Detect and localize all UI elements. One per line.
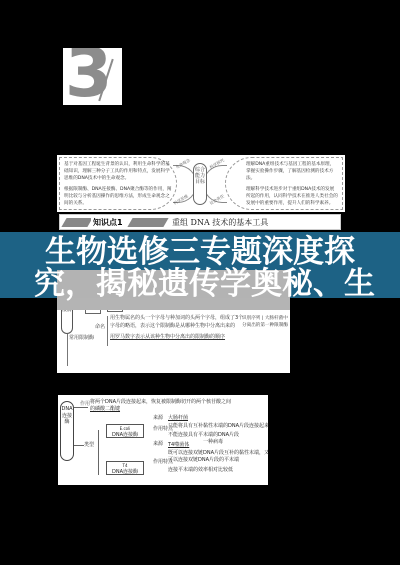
goal-paragraph: 理解DNA重组技术与基因工程的基本原理，掌握实验操作步骤，了解基因检测的技术方法… [246, 161, 338, 182]
function-tag: 作用 [80, 401, 90, 408]
goal-paragraph: 基于对基因工程诞生背景的认识，利用生命科学的基础知识，理解三种分子工具的作用和特… [64, 161, 172, 182]
naming-rule: 用罗马数字表示从该种生物中分离出的限制酶的顺序 [110, 334, 225, 341]
goals-mind-map: 基于对基因工程诞生背景的认识，利用生命科学的基础知识，理解三种分子工具的作用和特… [57, 155, 345, 212]
source-note: 一种病毒 [203, 439, 223, 446]
naming-rule: 用生物属名的头一个字母与种加词的头两个字母，组成了3个 [110, 315, 243, 322]
enzyme-name: DNA连接酶 [107, 469, 143, 475]
t4-ligase-node: T4 DNA连接酶 [106, 461, 144, 475]
side-note: 识别序列 | 大肠杆菌中分离出的第一种限制酶 [242, 315, 288, 329]
stripe-decoration [61, 218, 92, 227]
stripe-decoration [127, 218, 168, 227]
ecoli-ligase-node: E.coli DNA连接酶 [106, 424, 144, 438]
knowledge-point-label: 知识点1 [91, 217, 125, 228]
enzyme-name: DNA连接酶 [107, 432, 143, 438]
source-tag: 来源 [153, 441, 163, 448]
knowledge-point-header: 知识点1 重组 DNA 技术的基本工具 [59, 214, 341, 230]
connector-line [74, 445, 84, 446]
goals-right-box: 理解DNA重组技术与基因工程的基本原理，掌握实验操作步骤，了解基因检测的技术方法… [225, 157, 343, 210]
goals-left-box: 基于对基因工程诞生背景的认识，利用生命科学的基础知识，理解三种分子工具的作用和特… [59, 157, 177, 210]
title-banner: 生物选修三专题深度探 究，揭秘遗传学奥秘、生 [0, 232, 400, 298]
title-line-2: 究，揭秘遗传学奥秘、生 [0, 266, 400, 302]
goal-paragraph: 根据限制酶、DNA连接酶、DNA聚合酶等的作用，阐明比较与分析基因操作的思维方法… [64, 186, 172, 207]
function-text: 将两个DNA片段连接起来，恢复被限制酶切开的两个核苷酸之间 [90, 399, 231, 406]
bracket-line [107, 316, 108, 346]
connector-line [67, 334, 68, 366]
function-text: 的磷酸二酯键 [90, 406, 120, 413]
common-enzyme-label: 常用限制酶 [69, 335, 94, 342]
source-text: 大肠杆菌 [168, 415, 188, 422]
dna-ligase-map: DNA连接酶 作用 将两个DNA片段连接起来，恢复被限制酶切开的两个核苷酸之间 … [58, 395, 268, 485]
knowledge-point-title: 重组 DNA 技术的基本工具 [172, 217, 268, 228]
feature-text: 可以连接双链DNA片段的平末端 [168, 457, 239, 464]
feature-text: 连接平末端的效率相对比较低 [168, 467, 233, 474]
dna-ligase-node: DNA连接酶 [60, 401, 74, 461]
feature-text: 只能将具有互补黏性末端的DNA片段连接起来 [168, 423, 269, 430]
feature-text: 不能连接具有平末端的DNA片段 [168, 432, 239, 439]
type-tag: 类型 [84, 442, 94, 449]
naming-rule: 字母的略语，表示这个限制酶是从哪种生物中分离出来的 [110, 323, 235, 330]
goals-center-node: 综合能力目标 [193, 163, 207, 205]
article-title[interactable]: 生物选修三专题深度探 究，揭秘遗传学奥秘、生 [0, 232, 400, 302]
goal-paragraph: 理解科学技术进步对于重组DNA技术的发展所起的作用，认同科学技术在推进人类社会的… [246, 186, 338, 207]
bracket-line [98, 430, 99, 475]
title-line-1: 生物选修三专题深度探 [0, 234, 400, 270]
source-tag: 来源 [153, 415, 163, 422]
naming-label: 命名 [95, 324, 105, 331]
source-text: T4噬菌体 [168, 442, 189, 449]
section-number-logo: 3 [63, 48, 122, 105]
feature-text: 既可以连接双链DNA片段互补的黏性末端，又 [168, 450, 269, 457]
section-number: 3 [65, 48, 110, 105]
